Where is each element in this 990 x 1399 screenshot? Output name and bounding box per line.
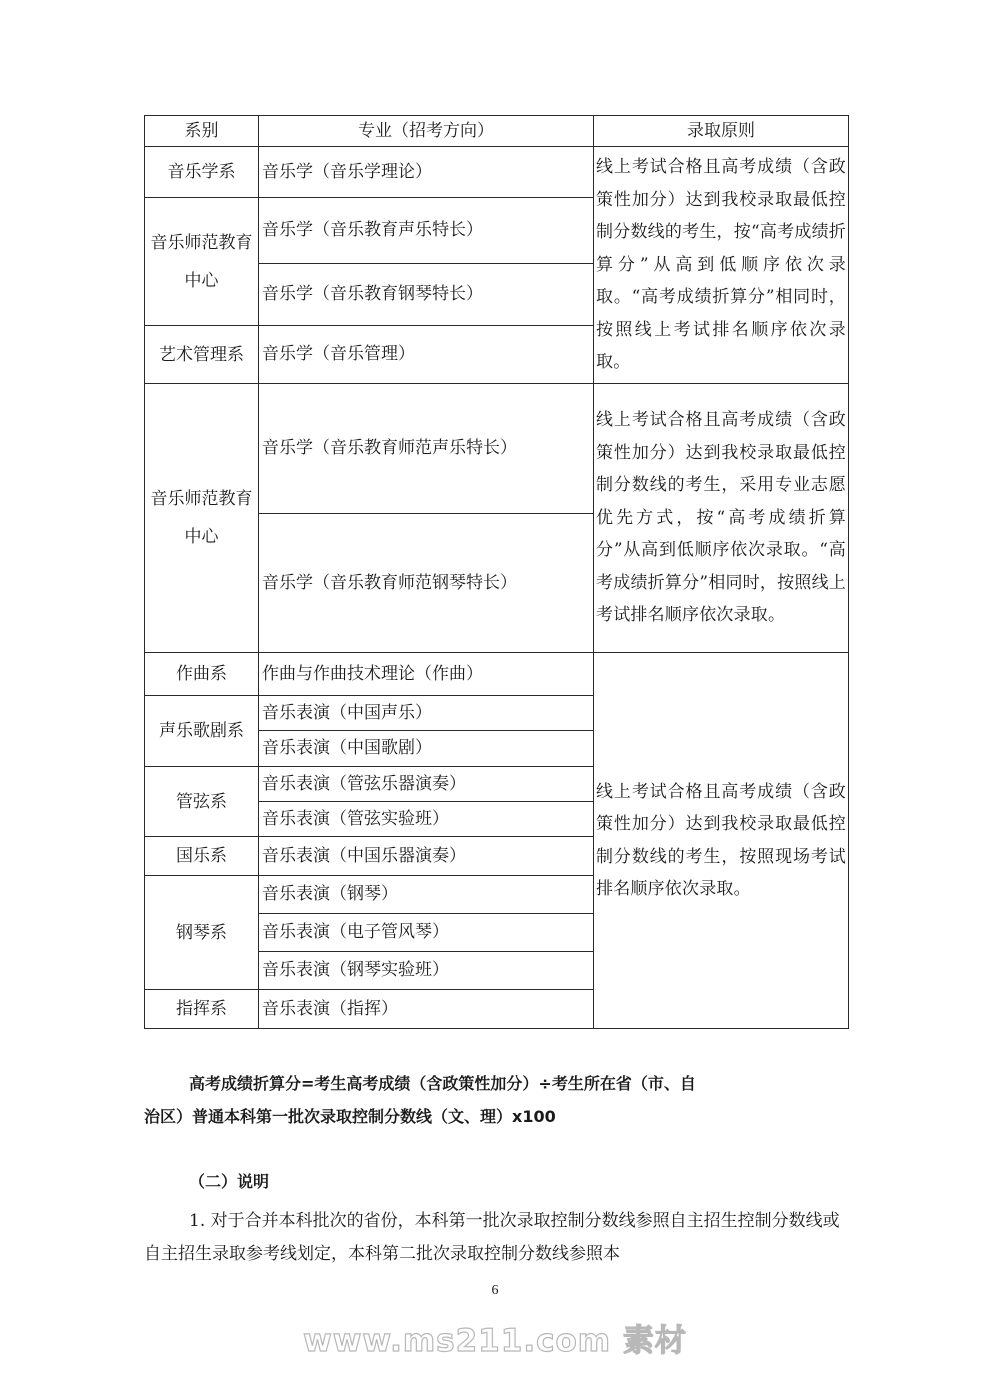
table-row: 作曲系 作曲与作曲技术理论（作曲） 线上考试合格且高考成绩（含政策性加分）达到我… (145, 653, 849, 696)
major-cell: 音乐学（音乐教育师范声乐特长） (259, 384, 594, 514)
header-rule: 录取原则 (594, 116, 849, 147)
admission-rule-cell: 线上考试合格且高考成绩（含政策性加分）达到我校录取最低控制分数线的考生，按照现场… (594, 653, 849, 1029)
formula-line-2: 治区）普通本科第一批次录取控制分数线（文、理）x100 (144, 1100, 839, 1133)
note-paragraph-text: 1. 对于合并本科批次的省份，本科第一批次录取控制分数线参照自主招生控制分数线或… (144, 1211, 840, 1264)
major-cell: 音乐学（音乐教育师范钢琴特长） (259, 514, 594, 653)
admission-rule-cell: 线上考试合格且高考成绩（含政策性加分）达到我校录取最低控制分数线的考生，按“高考… (594, 147, 849, 384)
header-department: 系别 (145, 116, 259, 147)
department-cell: 声乐歌剧系 (145, 696, 259, 767)
major-cell: 音乐表演（中国乐器演奏） (259, 837, 594, 876)
department-cell: 音乐师范教育中心 (145, 384, 259, 653)
major-cell: 音乐表演（钢琴） (259, 876, 594, 914)
department-cell: 指挥系 (145, 990, 259, 1029)
table-row: 音乐师范教育中心 音乐学（音乐教育师范声乐特长） 线上考试合格且高考成绩（含政策… (145, 384, 849, 514)
major-cell: 作曲与作曲技术理论（作曲） (259, 653, 594, 696)
major-cell: 音乐表演（管弦乐器演奏） (259, 767, 594, 802)
section-title: （二）说明 (189, 1169, 269, 1192)
major-cell: 音乐学（音乐教育声乐特长） (259, 198, 594, 264)
table-header-row: 系别 专业（招考方向） 录取原则 (145, 116, 849, 147)
page-number: 6 (0, 1283, 990, 1299)
formula-line-1: 高考成绩折算分=考生高考成绩（含政策性加分）÷考生所在省（市、自 (189, 1074, 696, 1093)
department-cell: 管弦系 (145, 767, 259, 837)
department-cell: 音乐学系 (145, 147, 259, 198)
department-cell: 音乐师范教育中心 (145, 198, 259, 326)
major-cell: 音乐表演（电子管风琴） (259, 914, 594, 952)
major-cell: 音乐学（音乐教育钢琴特长） (259, 264, 594, 326)
table-row: 音乐学系 音乐学（音乐学理论） 线上考试合格且高考成绩（含政策性加分）达到我校录… (145, 147, 849, 198)
header-major: 专业（招考方向） (259, 116, 594, 147)
admission-table: 系别 专业（招考方向） 录取原则 音乐学系 音乐学（音乐学理论） 线上考试合格且… (144, 115, 849, 1029)
department-cell: 钢琴系 (145, 876, 259, 990)
major-cell: 音乐学（音乐学理论） (259, 147, 594, 198)
watermark: www.ms211.com 素材 (0, 1315, 990, 1360)
major-cell: 音乐表演（中国歌剧） (259, 731, 594, 767)
major-cell: 音乐表演（钢琴实验班） (259, 952, 594, 990)
note-paragraph: 1. 对于合并本科批次的省份，本科第一批次录取控制分数线参照自主招生控制分数线或… (144, 1205, 844, 1271)
department-cell: 作曲系 (145, 653, 259, 696)
score-formula: 高考成绩折算分=考生高考成绩（含政策性加分）÷考生所在省（市、自 治区）普通本科… (189, 1067, 839, 1133)
admission-rule-cell: 线上考试合格且高考成绩（含政策性加分）达到我校录取最低控制分数线的考生，采用专业… (594, 384, 849, 653)
major-cell: 音乐表演（中国声乐） (259, 696, 594, 731)
major-cell: 音乐表演（管弦实验班） (259, 802, 594, 837)
major-cell: 音乐表演（指挥） (259, 990, 594, 1029)
department-cell: 艺术管理系 (145, 326, 259, 384)
major-cell: 音乐学（音乐管理） (259, 326, 594, 384)
department-cell: 国乐系 (145, 837, 259, 876)
